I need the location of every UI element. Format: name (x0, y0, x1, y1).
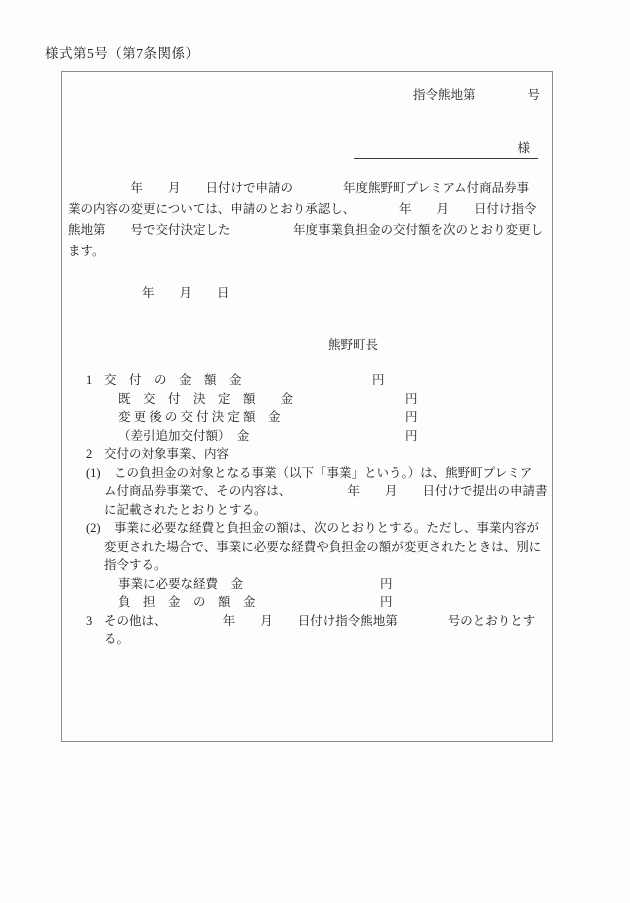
item-number: 3 (86, 612, 104, 631)
sub-item-text: この負担金の対象となる事業（以下「事業」という。）は、熊野町プレミア (114, 466, 532, 480)
paragraph-line: 年 月 日付けで申請の 年度熊野町プレミアム付商品券事 (68, 178, 542, 199)
item2-sub1-line: ム付商品券事業で、その内容は、 年 月 日付けで提出の申請書 (68, 482, 542, 501)
sub-item-text: に記載されたとおりとする。 (104, 503, 267, 517)
document-page: 様式第5号（第7条関係） 指令熊地第号 様 年 月 日付けで申請の 年度熊野町プ… (0, 0, 630, 903)
item1-label: 交 付 の 金 額 金 (104, 373, 242, 387)
item2-sub1-line: に記載されたとおりとする。 (68, 501, 542, 520)
currency-unit: 円 (380, 575, 393, 594)
item1-grant-amount-line: 1交 付 の 金 額 金 円 (68, 371, 542, 390)
item3-text: る。 (104, 632, 129, 646)
body-paragraph: 年 月 日付けで申請の 年度熊野町プレミアム付商品券事 業の内容の変更については… (68, 178, 542, 262)
item-number: 2 (86, 445, 104, 464)
sub-item-number: (2) (86, 519, 114, 538)
sub-item-number: (1) (86, 464, 114, 483)
currency-unit: 円 (405, 408, 418, 427)
row-label: 変 更 後 の 交 付 決 定 額 金 (118, 410, 281, 424)
paragraph-line: ます。 (68, 241, 542, 262)
item2-sub2-line: 変更された場合で、事業に必要な経費や負担金の額が変更されたときは、別に (68, 538, 542, 557)
item2-label: 交付の対象事業、内容 (104, 447, 229, 461)
sub-item-text: 指令する。 (104, 558, 167, 572)
item2-required-expenses-line: 事業に必要な経費 金 円 (68, 575, 542, 594)
item3-line: る。 (68, 630, 542, 649)
row-label: 事業に必要な経費 金 (118, 577, 243, 591)
directive-number-suffix: 号 (527, 88, 540, 102)
issue-date-line: 年 月 日 (68, 283, 542, 303)
item3-text: その他は、 年 月 日付け指令熊地第 号のとおりとす (104, 614, 535, 628)
currency-unit: 円 (380, 593, 393, 612)
signer-title: 熊野町長 (68, 335, 542, 355)
item2-heading-line: 2交付の対象事業、内容 (68, 445, 542, 464)
row-label: 既 交 付 決 定 額 金 (118, 392, 293, 406)
row-label: （差引追加交付額） 金 (118, 429, 249, 443)
addressee-line: 様 (68, 138, 542, 158)
sub-item-text: 変更された場合で、事業に必要な経費や負担金の額が変更されたときは、別に (104, 540, 541, 554)
row-label: 負 担 金 の 額 金 (118, 595, 256, 609)
item1-revised-decided-amount-line: 変 更 後 の 交 付 決 定 額 金 円 (68, 408, 542, 427)
items-section: 1交 付 の 金 額 金 円 既 交 付 決 定 額 金 円 変 更 後 の 交… (68, 371, 542, 649)
form-label: 様式第5号（第7条関係） (45, 44, 200, 64)
item2-sub2-line: (2)事業に必要な経費と負担金の額は、次のとおりとする。ただし、事業内容が (68, 519, 542, 538)
addressee-blank-underline: 様 (354, 138, 538, 159)
directive-number-prefix: 指令熊地第 (413, 88, 476, 102)
document-frame: 指令熊地第号 様 年 月 日付けで申請の 年度熊野町プレミアム付商品券事 業の内… (61, 71, 553, 742)
paragraph-line: 熊地第 号で交付決定した 年度事業負担金の交付額を次のとおり変更し (68, 220, 542, 241)
currency-unit: 円 (372, 371, 385, 390)
sub-item-text: ム付商品券事業で、その内容は、 年 月 日付けで提出の申請書 (104, 484, 548, 498)
item3-line: 3その他は、 年 月 日付け指令熊地第 号のとおりとす (68, 612, 542, 631)
item-number: 1 (86, 371, 104, 390)
currency-unit: 円 (405, 390, 418, 409)
addressee-honorific: 様 (517, 141, 530, 155)
sub-item-text: 事業に必要な経費と負担金の額は、次のとおりとする。ただし、事業内容が (114, 521, 539, 535)
paragraph-line: 業の内容の変更については、申請のとおり承認し、 年 月 日付け指令 (68, 199, 542, 220)
item1-additional-grant-amount-line: （差引追加交付額） 金 円 (68, 427, 542, 446)
directive-number-line: 指令熊地第号 (68, 85, 542, 105)
item2-burden-amount-line: 負 担 金 の 額 金 円 (68, 593, 542, 612)
item2-sub1-line: (1)この負担金の対象となる事業（以下「事業」という。）は、熊野町プレミア (68, 464, 542, 483)
item2-sub2-line: 指令する。 (68, 556, 542, 575)
item1-prior-decided-amount-line: 既 交 付 決 定 額 金 円 (68, 390, 542, 409)
currency-unit: 円 (405, 427, 418, 446)
